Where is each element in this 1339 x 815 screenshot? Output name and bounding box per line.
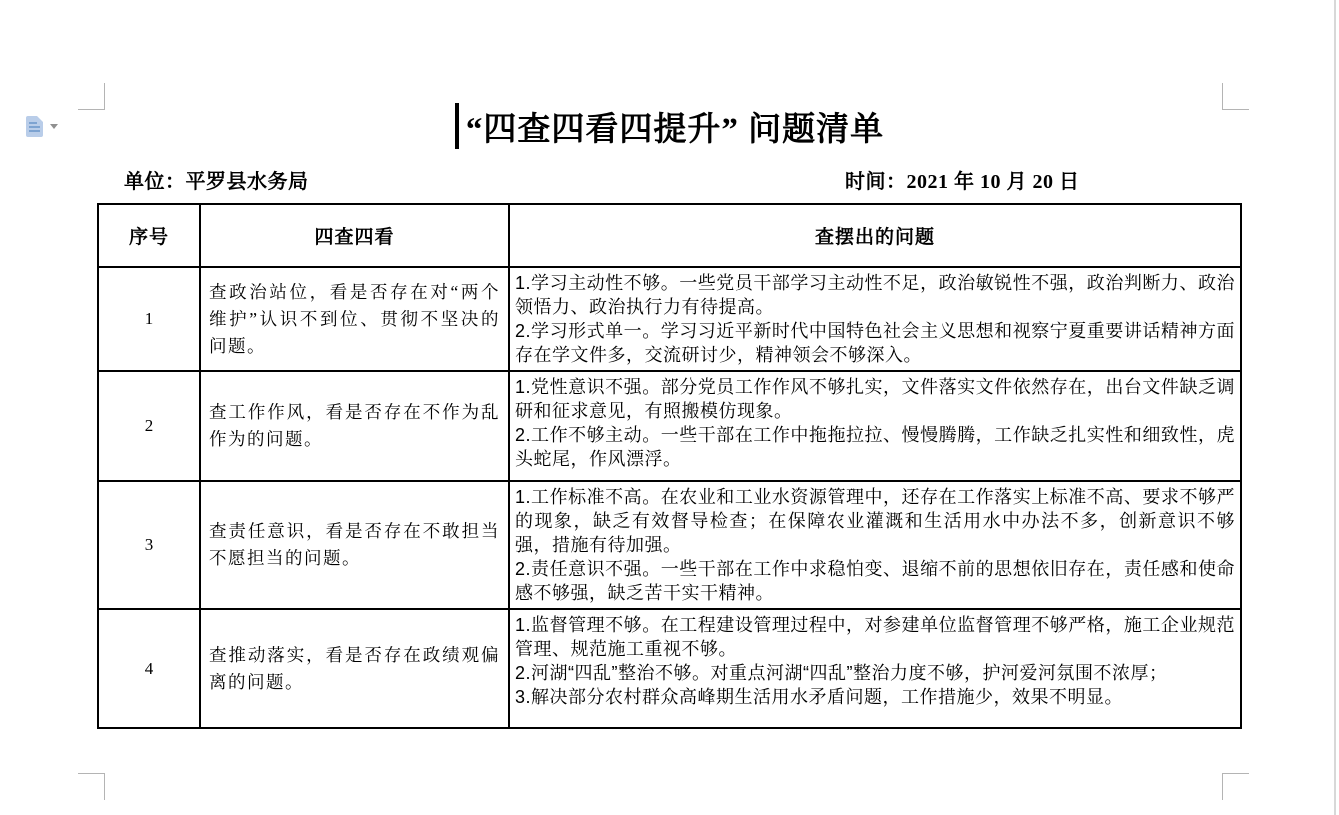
check-item-text: 查推动落实，看是否存在政绩观偏离的问题。	[200, 609, 509, 728]
row-number: 4	[98, 609, 200, 728]
check-item-text: 查工作作风，看是否存在不作为乱作为的问题。	[200, 371, 509, 481]
check-item-text: 查责任意识，看是否存在不敢担当不愿担当的问题。	[200, 481, 509, 609]
problems-table: 序号 四查四看 查摆出的问题 1 查政治站位，看是否存在对“两个维护”认识不到位…	[97, 203, 1242, 729]
row-number: 3	[98, 481, 200, 609]
meta-row: 单位：平罗县水务局 时间：2021 年 10 月 20 日	[0, 165, 1339, 195]
table-row: 1 查政治站位，看是否存在对“两个维护”认识不到位、贯彻不坚决的问题。 1.学习…	[98, 267, 1241, 371]
check-item-text: 查政治站位，看是否存在对“两个维护”认识不到位、贯彻不坚决的问题。	[200, 267, 509, 371]
table-row: 3 查责任意识，看是否存在不敢担当不愿担当的问题。 1.工作标准不高。在农业和工…	[98, 481, 1241, 609]
row-number: 1	[98, 267, 200, 371]
date-label: 时间：2021 年 10 月 20 日	[845, 165, 1080, 194]
col-header-serial: 序号	[98, 204, 200, 267]
text-boundary-corner-bottom-left	[78, 773, 105, 800]
page-title: “四查四看四提升” 问题清单	[466, 103, 884, 150]
text-boundary-corner-bottom-right	[1222, 773, 1249, 800]
problems-text: 1.党性意识不强。部分党员工作作风不够扎实，文件落实文件依然存在，出台文件缺乏调…	[509, 371, 1241, 481]
table-row: 4 查推动落实，看是否存在政绩观偏离的问题。 1.监督管理不够。在工程建设管理过…	[98, 609, 1241, 728]
title-row: “四查四看四提升” 问题清单	[0, 99, 1339, 153]
table-row: 2 查工作作风，看是否存在不作为乱作为的问题。 1.党性意识不强。部分党员工作作…	[98, 371, 1241, 481]
unit-label: 单位：平罗县水务局	[124, 165, 309, 194]
col-header-four-checks: 四查四看	[200, 204, 509, 267]
text-cursor-bar	[455, 103, 459, 149]
problems-text: 1.学习主动性不够。一些党员干部学习主动性不足，政治敏锐性不强，政治判断力、政治…	[509, 267, 1241, 371]
col-header-problems: 查摆出的问题	[509, 204, 1241, 267]
header-row: 序号 四查四看 查摆出的问题	[98, 204, 1241, 267]
row-number: 2	[98, 371, 200, 481]
problems-text: 1.工作标准不高。在农业和工业水资源管理中，还存在工作落实上标准不高、要求不够严…	[509, 481, 1241, 609]
problems-text: 1.监督管理不够。在工程建设管理过程中，对参建单位监督管理不够严格，施工企业规范…	[509, 609, 1241, 728]
